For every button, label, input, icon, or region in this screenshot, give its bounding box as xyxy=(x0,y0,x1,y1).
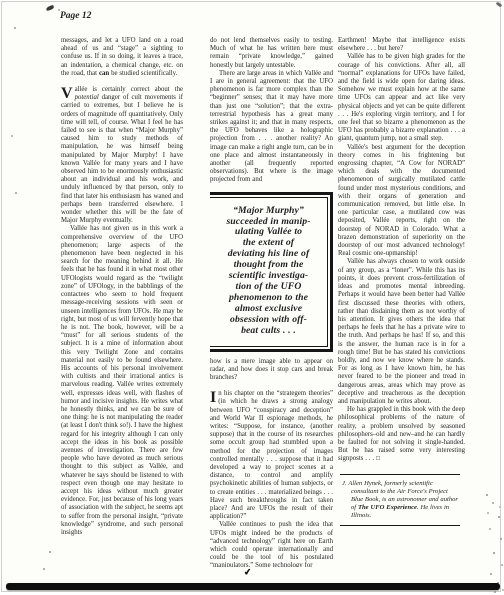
pull-quote-line: beat cults . . . xyxy=(212,326,325,337)
pull-quote-line: obsession with off- xyxy=(212,315,325,326)
paragraph: He has grappled in this book with the de… xyxy=(338,406,465,463)
scan-artifact-top-right xyxy=(496,2,503,8)
paragraph: There are large areas in which Vallée an… xyxy=(210,70,333,185)
column-2: do not lend themselves easily to testing… xyxy=(210,37,333,567)
column-2-bottom: how is a mere image able to appear on ra… xyxy=(210,358,333,567)
pull-quote-text: “Major Murphy”succeeded in manip-ulating… xyxy=(210,197,328,347)
paragraph: Vallée has always chosen to work outside… xyxy=(338,258,465,406)
page-number: Page 12 xyxy=(60,11,91,21)
column-2-top: do not lend themselves easily to testing… xyxy=(210,37,333,185)
column-3: Earthmen! Maybe that intelligence exists… xyxy=(338,37,465,577)
screenshot-frame: Page 12 messages, and let a UFO land on … xyxy=(0,0,504,595)
paragraph: how is a mere image able to appear on ra… xyxy=(210,358,333,383)
paragraph: do not lend themselves easily to testing… xyxy=(210,37,333,70)
drop-cap: I xyxy=(210,390,218,404)
page-edge-shadow xyxy=(6,583,500,590)
ink-smudge-top-left xyxy=(46,5,55,11)
author-bio: J. Allen Hynek, formerly scientific cons… xyxy=(340,474,460,526)
column-3-text: Earthmen! Maybe that intelligence exists… xyxy=(338,37,465,464)
drop-cap: V xyxy=(61,86,75,100)
paragraph: In his chapter on the “strategem theorie… xyxy=(210,390,333,521)
column-1: messages, and let a UFO land on a road a… xyxy=(61,37,183,567)
scan-specks-right-edge xyxy=(486,494,488,496)
paragraph: messages, and let a UFO land on a road a… xyxy=(61,37,183,78)
ink-smudge-check-mark: ✔ xyxy=(243,567,252,579)
scan-specks-left-edge xyxy=(14,27,16,29)
paragraph: Vallée is certainly correct about the po… xyxy=(61,86,183,225)
paragraph: Vallée continues to push the idea that U… xyxy=(210,521,333,567)
scanned-page: Page 12 messages, and let a UFO land on … xyxy=(1,1,501,592)
paragraph: Vallée has to be given high grades for t… xyxy=(338,53,465,143)
paragraph: Vallée has not given us in this work a c… xyxy=(61,225,183,537)
pull-quote-box: “Major Murphy”succeeded in manip-ulating… xyxy=(210,192,333,352)
pull-quote-line: “Major Murphy” xyxy=(212,206,325,217)
paragraph: Earthmen! Maybe that intelligence exists… xyxy=(338,37,465,53)
paragraph: Vallée's best argument for the deception… xyxy=(338,144,465,259)
